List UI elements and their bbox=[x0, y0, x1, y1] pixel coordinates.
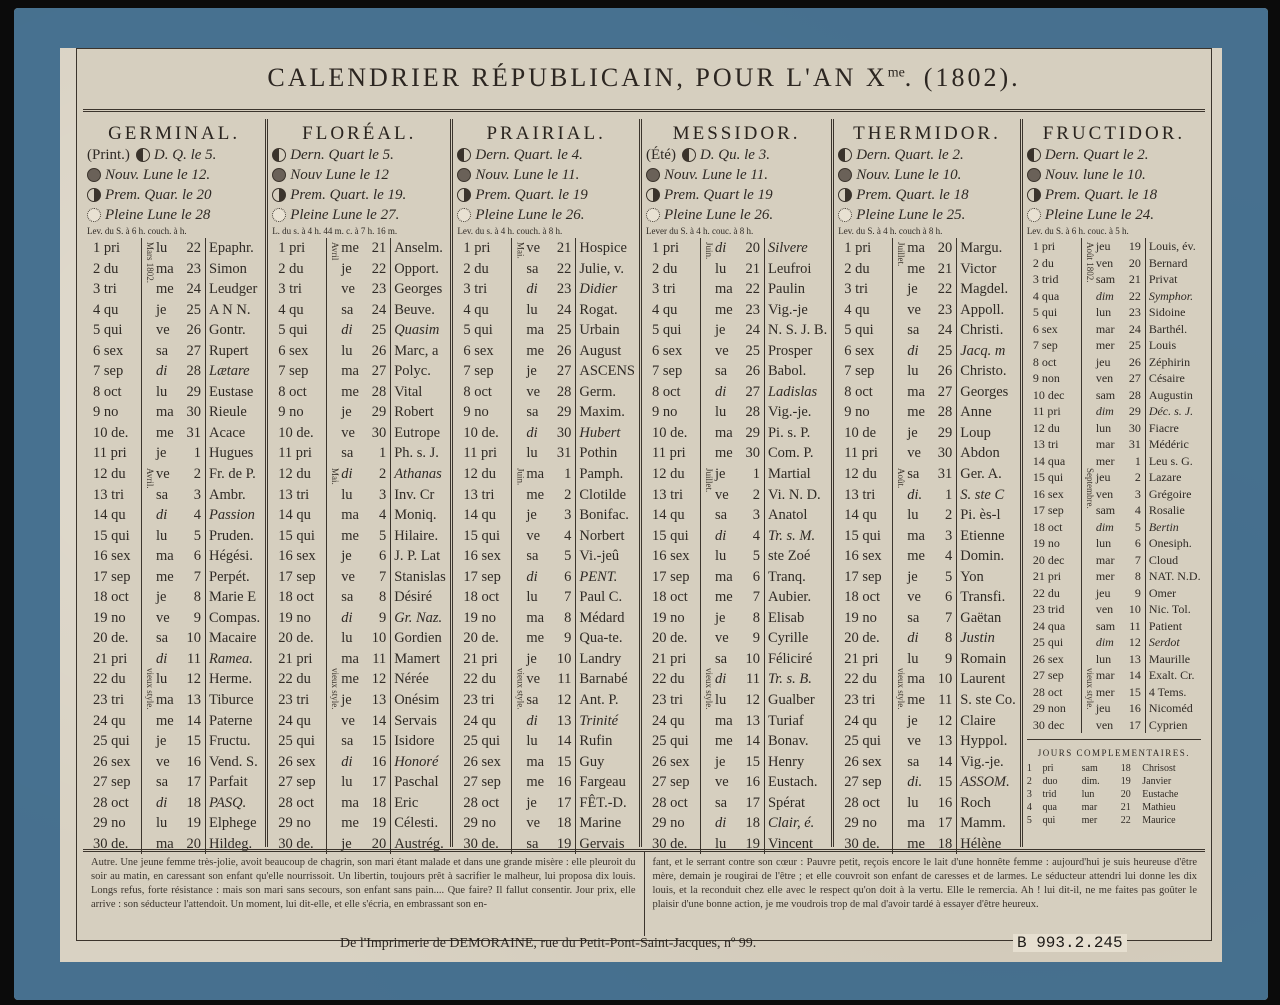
saint-name: Ambr. bbox=[205, 485, 261, 506]
saint-name: Jacq. m bbox=[956, 341, 1016, 362]
weekday: sa bbox=[907, 320, 919, 341]
gregorian-day-number: 6 bbox=[379, 546, 386, 567]
moon-phase-line: Prem. Quart. le 19. bbox=[272, 185, 446, 205]
gregorian-date: je29 bbox=[892, 423, 956, 444]
weekday: ma bbox=[341, 793, 359, 814]
weekday: lu bbox=[156, 813, 167, 834]
table-row: 16 sexje6J. P. Lat bbox=[272, 546, 446, 567]
gregorian-month-label: Mai. bbox=[515, 242, 525, 259]
title-year: . (1802). bbox=[905, 63, 1021, 92]
saint-name: Babol. bbox=[764, 361, 827, 382]
table-row: 2 duven20Bernard bbox=[1027, 255, 1201, 272]
weekday: je bbox=[907, 279, 917, 300]
gregorian-day-number: 6 bbox=[945, 587, 952, 608]
republican-day: 24 qua bbox=[1027, 618, 1081, 635]
gregorian-day-number: 25 bbox=[557, 320, 572, 341]
gregorian-date: ma22 bbox=[700, 279, 764, 300]
republican-day: 23 trid bbox=[1027, 601, 1081, 618]
gregorian-day-number: 21 bbox=[745, 259, 760, 280]
gregorian-day-number: 16 bbox=[372, 752, 387, 773]
saint-name: Gaëtan bbox=[956, 608, 1016, 629]
moon-phase-text: Pleine Lune le 27. bbox=[290, 205, 399, 225]
new-moon-icon bbox=[87, 168, 101, 182]
table-row: 12 dulun30Fiacre bbox=[1027, 420, 1201, 437]
saint-name: Anatol bbox=[764, 505, 827, 526]
republican-day: 4 qu bbox=[646, 300, 700, 321]
table-row: 10 decsam28Augustin bbox=[1027, 387, 1201, 404]
gregorian-date: di6 bbox=[511, 567, 575, 588]
sunrise-sunset-line: Lever du S. à 4 h. couc. à 8 h. bbox=[646, 226, 827, 236]
gregorian-day-number: 10 bbox=[1129, 601, 1141, 618]
saint-name: Isidore bbox=[390, 731, 446, 752]
weekday: ve bbox=[907, 587, 921, 608]
moon-phase-text: Prem. Quart le 19 bbox=[664, 185, 773, 205]
saint-name: Silvere bbox=[764, 238, 827, 259]
first-quarter-moon-icon bbox=[1027, 188, 1041, 202]
weekday: lun bbox=[1096, 420, 1111, 437]
day-table: 1 prima20Margu.2 dume21Victor3 trije22Ma… bbox=[838, 238, 1016, 854]
comp-index: 2 bbox=[1027, 775, 1043, 788]
gregorian-date: me19 bbox=[326, 813, 390, 834]
gregorian-date: ve13 bbox=[892, 731, 956, 752]
gregorian-date: mer8 bbox=[1081, 568, 1145, 585]
table-row: 12 duje1Martial bbox=[646, 464, 827, 485]
weekday: sa bbox=[156, 341, 168, 362]
gregorian-date: lu31 bbox=[511, 443, 575, 464]
saint-name: Fiacre bbox=[1145, 420, 1201, 437]
gregorian-date: jeu9 bbox=[1081, 585, 1145, 602]
table-row: 23 trilu12Gualber bbox=[646, 690, 827, 711]
table-row: 28 octmer154 Tems. bbox=[1027, 684, 1201, 701]
calendar-frame: CALENDRIER RÉPUBLICAIN, POUR L'AN Xme. (… bbox=[76, 48, 1212, 941]
gregorian-day-number: 23 bbox=[372, 279, 387, 300]
republican-day: 24 qu bbox=[838, 711, 892, 732]
saint-name: Rupert bbox=[205, 341, 261, 362]
weekday: sa bbox=[156, 485, 168, 506]
full-moon-icon bbox=[646, 208, 660, 222]
gregorian-day-number: 14 bbox=[938, 752, 953, 773]
gregorian-day-number: 17 bbox=[1129, 717, 1141, 734]
republican-day: 3 tri bbox=[272, 279, 326, 300]
table-row: 7 sepsa26Babol. bbox=[646, 361, 827, 382]
moon-phase-text: D. Q. le 5. bbox=[154, 145, 217, 165]
table-row: 12 dudi2Athanas bbox=[272, 464, 446, 485]
weekday: lu bbox=[907, 793, 918, 814]
last-quarter-moon-icon bbox=[838, 148, 852, 162]
gregorian-date: ma17 bbox=[892, 813, 956, 834]
gregorian-date: ma4 bbox=[326, 505, 390, 526]
weekday: ve bbox=[526, 669, 540, 690]
gregorian-day-number: 13 bbox=[1129, 651, 1141, 668]
gregorian-day-number: 5 bbox=[1135, 519, 1141, 536]
republican-day: 28 oct bbox=[838, 793, 892, 814]
weekday: lu bbox=[715, 259, 726, 280]
moon-phase-line: Dern. Quart le 2. bbox=[1027, 145, 1201, 165]
saint-name: Com. P. bbox=[764, 443, 827, 464]
weekday: ma bbox=[907, 382, 925, 403]
month-name: FLORÉAL. bbox=[272, 123, 446, 145]
gregorian-month-label: vieux style. bbox=[1085, 668, 1095, 710]
saint-name: Anne bbox=[956, 402, 1016, 423]
saint-name: Landry bbox=[575, 649, 635, 670]
saint-name: Nic. Tol. bbox=[1145, 601, 1201, 618]
gregorian-day-number: 20 bbox=[745, 238, 760, 259]
table-row: 25 quime14Bonav. bbox=[646, 731, 827, 752]
gregorian-date: lu10 bbox=[326, 628, 390, 649]
republican-day: 29 no bbox=[646, 813, 700, 834]
weekday: di. bbox=[907, 772, 922, 793]
republican-day: 26 sex bbox=[272, 752, 326, 773]
weekday: di bbox=[715, 813, 726, 834]
gregorian-month-label: Juin. bbox=[515, 468, 525, 485]
title-rule bbox=[83, 109, 1205, 112]
gregorian-date: je15 bbox=[700, 752, 764, 773]
republican-day: 29 no bbox=[838, 813, 892, 834]
republican-day: 4 qu bbox=[272, 300, 326, 321]
table-row: 8 octlu29Eustase bbox=[87, 382, 261, 403]
gregorian-day-number: 17 bbox=[557, 793, 572, 814]
moon-phase-line: Nouv. Lune le 10. bbox=[838, 165, 1016, 185]
day-table: 1 prive21Hospice2 dusa22Julie, v.3 tridi… bbox=[457, 238, 635, 854]
table-row: 6 sexmar24Barthél. bbox=[1027, 321, 1201, 338]
gregorian-date: lu21 bbox=[700, 259, 764, 280]
table-row: 9 nosa29Maxim. bbox=[457, 402, 635, 423]
gregorian-date: sa14 bbox=[892, 752, 956, 773]
gregorian-day-number: 10 bbox=[557, 649, 572, 670]
table-row: 27 sepve16Eustach. bbox=[646, 772, 827, 793]
republican-day: 12 du bbox=[838, 464, 892, 485]
gregorian-day-number: 7 bbox=[1135, 552, 1141, 569]
first-quarter-moon-icon bbox=[838, 188, 852, 202]
moon-phase-line: Pleine Lune le 26. bbox=[646, 205, 827, 225]
moon-phase-line: Dern. Quart. le 4. bbox=[457, 145, 635, 165]
weekday: sa bbox=[526, 259, 538, 280]
republican-day: 13 tri bbox=[1027, 436, 1081, 453]
republican-day: 23 tri bbox=[646, 690, 700, 711]
saint-name: Hyppol. bbox=[956, 731, 1016, 752]
republican-day: 23 tri bbox=[272, 690, 326, 711]
gregorian-day-number: 30 bbox=[745, 443, 760, 464]
republican-day: 16 sex bbox=[457, 546, 511, 567]
gregorian-date: ve14 bbox=[326, 711, 390, 732]
comp-saint: Eustache bbox=[1142, 788, 1201, 801]
gregorian-date: ve25 bbox=[700, 341, 764, 362]
gregorian-day-number: 27 bbox=[187, 341, 202, 362]
weekday: mer bbox=[1096, 337, 1115, 354]
gregorian-date: di30 bbox=[511, 423, 575, 444]
month-name: FRUCTIDOR. bbox=[1027, 123, 1201, 145]
moon-phase-line: Dern. Quart le 5. bbox=[272, 145, 446, 165]
saint-name: Louis bbox=[1145, 337, 1201, 354]
table-row: 3 trima22Paulin bbox=[646, 279, 827, 300]
gregorian-day-number: 17 bbox=[187, 772, 202, 793]
weekday: ma bbox=[526, 608, 544, 629]
comp-republican-day: trid bbox=[1042, 788, 1081, 801]
weekday: lu bbox=[156, 238, 167, 259]
republican-day: 29 no bbox=[87, 813, 141, 834]
gregorian-date: ve30 bbox=[326, 423, 390, 444]
comp-index: 3 bbox=[1027, 788, 1043, 801]
gregorian-day-number: 5 bbox=[194, 526, 201, 547]
weekday: me bbox=[156, 567, 174, 588]
republican-day: 23 tri bbox=[838, 690, 892, 711]
republican-day: 11 pri bbox=[1027, 403, 1081, 420]
saint-name: S. ste Co. bbox=[956, 690, 1016, 711]
saint-name: Pi. ès-l bbox=[956, 505, 1016, 526]
moon-phase-text: Pleine Lune le 25. bbox=[856, 205, 965, 225]
table-row: 1 prive21Hospice bbox=[457, 238, 635, 259]
moon-phase-text: Prem. Quar. le 20 bbox=[105, 185, 212, 205]
republican-day: 15 qui bbox=[1027, 469, 1081, 486]
weekday: ve bbox=[526, 382, 540, 403]
weekday: sa bbox=[715, 505, 727, 526]
table-row: 3 trive23Georges bbox=[272, 279, 446, 300]
republican-day: 7 sep bbox=[1027, 337, 1081, 354]
gregorian-day-number: 5 bbox=[564, 546, 571, 567]
table-row: 5 quima25Urbain bbox=[457, 320, 635, 341]
republican-day: 17 sep bbox=[87, 567, 141, 588]
table-row: 26 sexma15Guy bbox=[457, 752, 635, 773]
gregorian-day-number: 22 bbox=[557, 259, 572, 280]
table-row: 6 sexme26August bbox=[457, 341, 635, 362]
republican-day: 9 no bbox=[838, 402, 892, 423]
republican-day: 7 sep bbox=[457, 361, 511, 382]
gregorian-day-number: 6 bbox=[564, 567, 571, 588]
saint-name: Epaphr. bbox=[205, 238, 261, 259]
saint-name: Parfait bbox=[205, 772, 261, 793]
gregorian-day-number: 2 bbox=[945, 505, 952, 526]
table-row: 2 duje22Opport. bbox=[272, 259, 446, 280]
table-row: 18 octme7Aubier. bbox=[646, 587, 827, 608]
republican-day: 20 de. bbox=[838, 628, 892, 649]
republican-day: 26 sex bbox=[838, 752, 892, 773]
gregorian-day-number: 7 bbox=[945, 608, 952, 629]
gregorian-day-number: 20 bbox=[1129, 255, 1141, 272]
republican-day: 16 sex bbox=[646, 546, 700, 567]
republican-day: 14 qu bbox=[272, 505, 326, 526]
table-row: 23 trisa12Ant. P. bbox=[457, 690, 635, 711]
saint-name: Nicoméd bbox=[1145, 700, 1201, 717]
saint-name: Qua-te. bbox=[575, 628, 635, 649]
month-name: MESSIDOR. bbox=[646, 123, 827, 145]
saint-name: Loup bbox=[956, 423, 1016, 444]
republican-day: 15 qui bbox=[457, 526, 511, 547]
weekday: mer bbox=[1096, 684, 1115, 701]
saint-name: Transfi. bbox=[956, 587, 1016, 608]
first-quarter-moon-icon bbox=[646, 188, 660, 202]
gregorian-date: je17 bbox=[511, 793, 575, 814]
weekday: sa bbox=[526, 546, 538, 567]
weekday: me bbox=[156, 711, 174, 732]
republican-day: 20 de. bbox=[646, 628, 700, 649]
gregorian-date: mar7 bbox=[1081, 552, 1145, 569]
gregorian-date: ve26 bbox=[141, 320, 205, 341]
table-row: 1 prima20Margu. bbox=[838, 238, 1016, 259]
moon-phase-text: Nouv. Lune le 11. bbox=[475, 165, 579, 185]
gregorian-date: lu16 bbox=[892, 793, 956, 814]
weekday: di bbox=[715, 238, 726, 259]
saint-name: Mamm. bbox=[956, 813, 1016, 834]
saint-name: Beuve. bbox=[390, 300, 446, 321]
gregorian-date: ma25 bbox=[511, 320, 575, 341]
republican-day: 19 no bbox=[838, 608, 892, 629]
table-row: 3 trije22Magdel. bbox=[838, 279, 1016, 300]
gregorian-date: di23 bbox=[511, 279, 575, 300]
gregorian-month-label: Juin. bbox=[704, 242, 714, 259]
saint-name: Louis, év. bbox=[1145, 238, 1201, 255]
saint-name: Ph. s. J. bbox=[390, 443, 446, 464]
gregorian-day-number: 14 bbox=[745, 731, 760, 752]
gregorian-date: me26 bbox=[511, 341, 575, 362]
republican-day: 27 sep bbox=[87, 772, 141, 793]
table-row: 20 de.lu10Gordien bbox=[272, 628, 446, 649]
republican-day: 6 sex bbox=[646, 341, 700, 362]
weekday: sa bbox=[341, 300, 353, 321]
gregorian-day-number: 14 bbox=[557, 731, 572, 752]
gregorian-day-number: 29 bbox=[557, 402, 572, 423]
republican-day: 22 du bbox=[272, 669, 326, 690]
new-moon-icon bbox=[272, 168, 286, 182]
table-row: 17 sepma6Tranq. bbox=[646, 567, 827, 588]
saint-name: Leufroi bbox=[764, 259, 827, 280]
gregorian-day-number: 30 bbox=[372, 423, 387, 444]
gregorian-day-number: 11 bbox=[746, 669, 760, 690]
republican-day: 24 qu bbox=[87, 711, 141, 732]
weekday: ve bbox=[156, 608, 170, 629]
republican-day: 4 qua bbox=[1027, 288, 1081, 305]
gregorian-date: ve23 bbox=[326, 279, 390, 300]
saint-name: Eustase bbox=[205, 382, 261, 403]
weekday: mar bbox=[1096, 667, 1115, 684]
table-row: 25 quije15Fructu. bbox=[87, 731, 261, 752]
weekday: sa bbox=[526, 690, 538, 711]
republican-day: 29 non bbox=[1027, 700, 1081, 717]
table-row: 4 quadim22Symphor. bbox=[1027, 288, 1201, 305]
table-row: 17 sepve7Stanislas bbox=[272, 567, 446, 588]
comp-weekday: mer bbox=[1082, 814, 1121, 827]
gregorian-day-number: 28 bbox=[1129, 387, 1141, 404]
moon-phase-line: Pleine Lune le 27. bbox=[272, 205, 446, 225]
weekday: ma bbox=[341, 649, 359, 670]
day-table: 1 prime21Anselm.2 duje22Opport.3 trive23… bbox=[272, 238, 446, 854]
weekday: ve bbox=[715, 485, 729, 506]
table-row: 22 dujeu9Omer bbox=[1027, 585, 1201, 602]
republican-day: 13 tri bbox=[272, 485, 326, 506]
gregorian-date: je22 bbox=[892, 279, 956, 300]
gregorian-day-number: 10 bbox=[938, 669, 953, 690]
table-row: 14 quma4Moniq. bbox=[272, 505, 446, 526]
saint-name: Claire bbox=[956, 711, 1016, 732]
saint-name: Serdot bbox=[1145, 634, 1201, 651]
republican-day: 27 sep bbox=[838, 772, 892, 793]
table-row: 14 quje3Bonifac. bbox=[457, 505, 635, 526]
saint-name: Féliciré bbox=[764, 649, 827, 670]
gregorian-date: ve18 bbox=[511, 813, 575, 834]
gregorian-day-number: 27 bbox=[372, 361, 387, 382]
weekday: je bbox=[156, 300, 166, 321]
gregorian-date: ma29 bbox=[700, 423, 764, 444]
weekday: di bbox=[526, 279, 537, 300]
gregorian-date: dim5 bbox=[1081, 519, 1145, 536]
months-grid: GERMINAL.(Print.)D. Q. le 5.Nouv. Lune l… bbox=[83, 119, 1205, 847]
table-row: 10 de.di30Hubert bbox=[457, 423, 635, 444]
gregorian-day-number: 9 bbox=[379, 608, 386, 629]
saint-name: Polyc. bbox=[390, 361, 446, 382]
gregorian-day-number: 8 bbox=[564, 608, 571, 629]
gregorian-day-number: 5 bbox=[753, 546, 760, 567]
weekday: di bbox=[156, 505, 167, 526]
saint-name: ste Zoé bbox=[764, 546, 827, 567]
weekday: je bbox=[341, 546, 351, 567]
gregorian-date: di25 bbox=[326, 320, 390, 341]
weekday: me bbox=[715, 300, 733, 321]
gregorian-date: ven10 bbox=[1081, 601, 1145, 618]
table-row: 24 quve14Servais bbox=[272, 711, 446, 732]
gregorian-day-number: 30 bbox=[187, 402, 202, 423]
republican-day: 18 oct bbox=[457, 587, 511, 608]
gregorian-month-label: Mars 1802. bbox=[145, 242, 155, 283]
moon-phase-text: D. Qu. le 3. bbox=[700, 145, 770, 165]
weekday: mer bbox=[1096, 453, 1115, 470]
comp-saint: Mathieu bbox=[1142, 801, 1201, 814]
gregorian-date: di.15 bbox=[892, 772, 956, 793]
saint-name: Paschal bbox=[390, 772, 446, 793]
saint-name: Stanislas bbox=[390, 567, 446, 588]
weekday: sa bbox=[715, 361, 727, 382]
saint-name: Leu s. G. bbox=[1145, 453, 1201, 470]
gregorian-day-number: 4 bbox=[1135, 502, 1141, 519]
weekday: lu bbox=[341, 485, 352, 506]
weekday: di bbox=[341, 752, 352, 773]
comp-day-number: 22 bbox=[1121, 814, 1143, 827]
table-row: 18 octsa8Désiré bbox=[272, 587, 446, 608]
gregorian-day-number: 26 bbox=[1129, 354, 1141, 371]
weekday: me bbox=[341, 669, 359, 690]
table-row: 14 quamer1Leu s. G. bbox=[1027, 453, 1201, 470]
republican-day: 5 qui bbox=[838, 320, 892, 341]
table-row: 19 nosa7Gaëtan bbox=[838, 608, 1016, 629]
republican-day: 19 no bbox=[646, 608, 700, 629]
gregorian-day-number: 3 bbox=[753, 505, 760, 526]
gregorian-day-number: 10 bbox=[187, 628, 202, 649]
gregorian-day-number: 24 bbox=[745, 320, 760, 341]
republican-day: 10 de. bbox=[457, 423, 511, 444]
republican-day: 25 qui bbox=[646, 731, 700, 752]
saint-name: Tiburce bbox=[205, 690, 261, 711]
gregorian-date: sa17 bbox=[141, 772, 205, 793]
table-row: 30 decven17Cyprien bbox=[1027, 717, 1201, 734]
table-row: 21 prije10Landry bbox=[457, 649, 635, 670]
republican-day: 12 du bbox=[87, 464, 141, 485]
month-name: THERMIDOR. bbox=[838, 123, 1016, 145]
saint-name: Célesti. bbox=[390, 813, 446, 834]
new-moon-icon bbox=[1027, 168, 1041, 182]
table-row: 25 quive13Hyppol. bbox=[838, 731, 1016, 752]
republican-day: 4 qu bbox=[87, 300, 141, 321]
weekday: me bbox=[907, 546, 925, 567]
month-name: GERMINAL. bbox=[87, 123, 261, 145]
gregorian-date: ve6 bbox=[892, 587, 956, 608]
gregorian-date: je8 bbox=[141, 587, 205, 608]
gregorian-date: ve4 bbox=[511, 526, 575, 547]
republican-day: 13 tri bbox=[87, 485, 141, 506]
saint-name: Ger. A. bbox=[956, 464, 1016, 485]
gregorian-month-label: Avril. bbox=[145, 468, 155, 489]
gregorian-day-number: 26 bbox=[187, 320, 202, 341]
comp-index: 1 bbox=[1027, 762, 1043, 775]
saint-name: Eutrope bbox=[390, 423, 446, 444]
weekday: lu bbox=[526, 443, 537, 464]
